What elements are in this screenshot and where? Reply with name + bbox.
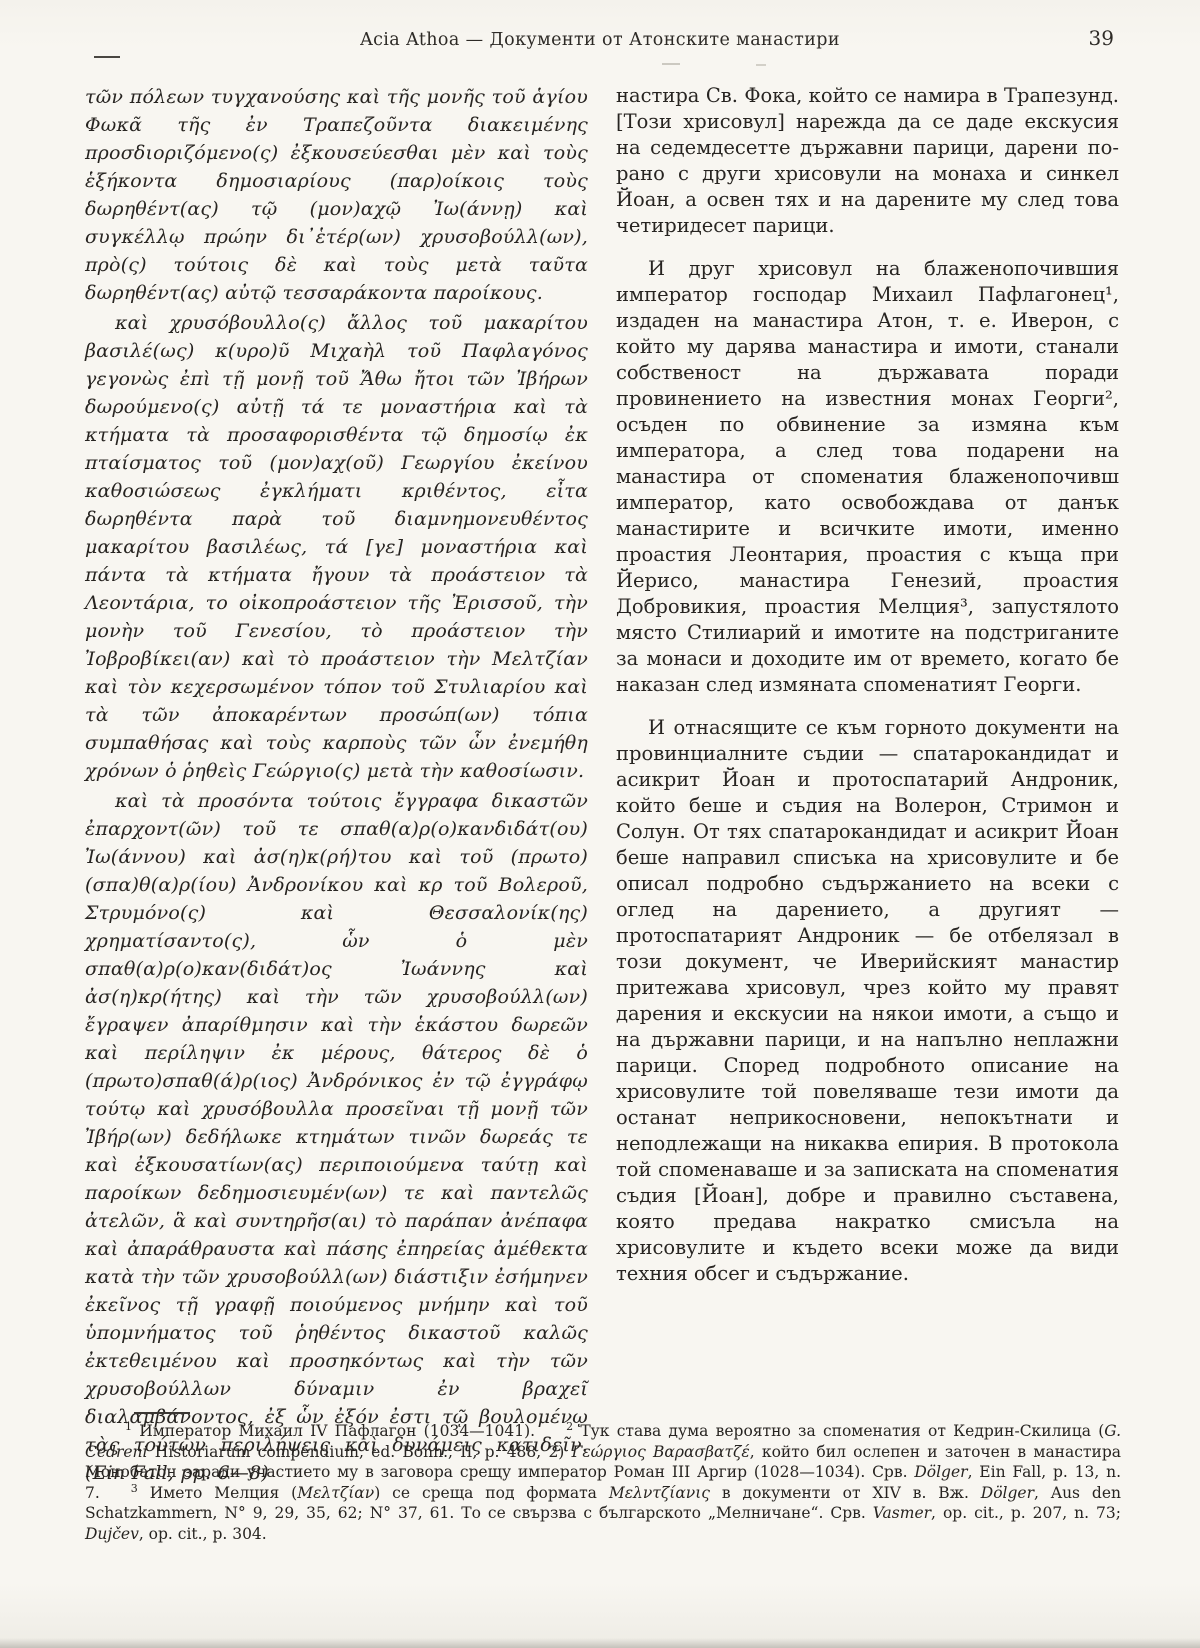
scanned-book-page: Acia Athoa — Документи от Атонските мана…	[0, 0, 1200, 1648]
greek-paragraph-2: καὶ χρυσόβουλλο(ς) ἄλλος τοῦ μακαρίτου β…	[85, 309, 588, 785]
greek-paragraph-3: καὶ τὰ προσόντα τούτοις ἔγγραφα δικαστῶν…	[85, 787, 588, 1487]
bulgarian-paragraph-3: И отнасящите се към горното документи на…	[616, 715, 1119, 1287]
scan-smudge	[662, 63, 680, 65]
text-columns: τῶν πόλεων τυγχανούσης καὶ τῆς μονῆς τοῦ…	[85, 83, 1119, 1487]
bulgarian-paragraph-1: настира Св. Фока, който се намира в Трап…	[616, 83, 1119, 239]
bulgarian-column: настира Св. Фока, който се намира в Трап…	[616, 83, 1119, 1487]
page-number: 39	[1089, 26, 1114, 50]
scan-smudge	[756, 64, 766, 66]
greek-paragraph-1: τῶν πόλεων τυγχανούσης καὶ τῆς μονῆς τοῦ…	[85, 83, 588, 307]
scan-artifact-dash	[94, 56, 120, 58]
greek-column: τῶν πόλεων τυγχανούσης καὶ τῆς μονῆς τοῦ…	[85, 83, 588, 1487]
bulgarian-paragraph-2: И друг хрисовул на блаженопочившия импер…	[616, 256, 1119, 698]
footnotes-block: 1 Император Михаил IV Пафлагон (1034—104…	[85, 1421, 1121, 1544]
scan-shadow	[0, 1638, 1200, 1648]
running-title: Acia Athoa — Документи от Атонските мана…	[0, 30, 1200, 50]
footnote-separator	[134, 1412, 190, 1414]
